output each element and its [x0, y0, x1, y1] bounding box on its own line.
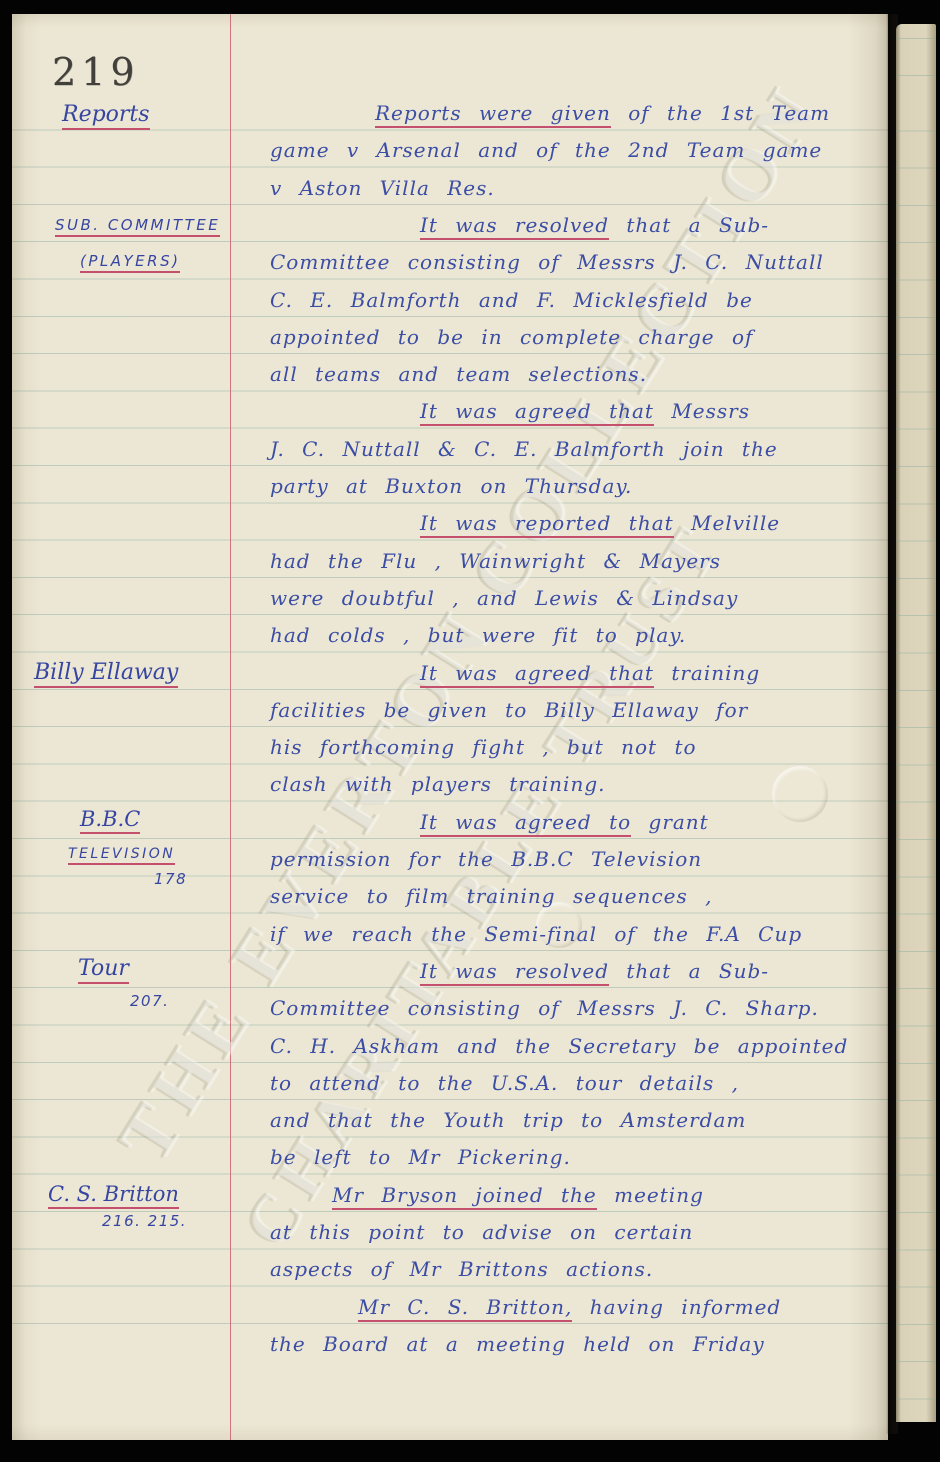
handwritten-line: had the Flu , Wainwright & Mayers — [270, 548, 888, 574]
underlined-phrase: It was resolved — [420, 959, 609, 986]
underlined-phrase: Reports were given — [375, 101, 611, 128]
handwritten-line: game v Arsenal and of the 2nd Team game — [270, 137, 888, 163]
line-text: having informed — [572, 1295, 781, 1319]
handwritten-line: It was resolved that a Sub- — [270, 212, 940, 238]
facing-page-edge — [896, 24, 936, 1422]
handwritten-line: C. E. Balmforth and F. Micklesfield be — [270, 287, 888, 313]
handwritten-line: It was agreed that training — [270, 660, 940, 686]
line-text: had the Flu , Wainwright & Mayers — [270, 549, 721, 573]
handwritten-line: It was agreed that Messrs — [270, 398, 940, 424]
line-text: if we reach the Semi-final of the F.A Cu… — [270, 922, 802, 946]
line-text: permission for the B.B.C Television — [270, 847, 702, 871]
line-text: Committee consisting of Messrs J. C. Nut… — [270, 250, 824, 274]
line-text: at this point to advise on certain — [270, 1220, 693, 1244]
line-text: be left to Mr Pickering. — [270, 1145, 571, 1169]
underlined-phrase: Mr Bryson joined the — [332, 1183, 597, 1210]
line-text: game v Arsenal and of the 2nd Team game — [270, 138, 822, 162]
handwritten-line: party at Buxton on Thursday. — [270, 473, 888, 499]
handwritten-line: to attend to the U.S.A. tour details , — [270, 1070, 888, 1096]
handwritten-line: Mr Bryson joined the meeting — [270, 1182, 940, 1208]
handwritten-line: C. H. Askham and the Secretary be appoin… — [270, 1033, 888, 1059]
underlined-phrase: Mr C. S. Britton, — [358, 1295, 572, 1322]
handwritten-line: the Board at a meeting held on Friday — [270, 1331, 888, 1357]
handwritten-line: It was reported that Melville — [270, 510, 940, 536]
handwritten-line: facilities be given to Billy Ellaway for — [270, 697, 888, 723]
line-text: Committee consisting of Messrs J. C. Sha… — [270, 996, 819, 1020]
line-text: all teams and team selections. — [270, 362, 647, 386]
line-text: Messrs — [654, 399, 750, 423]
handwritten-line: permission for the B.B.C Television — [270, 846, 888, 872]
line-text: that a Sub- — [609, 213, 769, 237]
ledger-page: 219 THE EVERTON COLLECTION CHARITABLE TR… — [12, 14, 888, 1440]
handwritten-line: clash with players training. — [270, 771, 888, 797]
handwritten-line: v Aston Villa Res. — [270, 175, 888, 201]
handwritten-line: It was resolved that a Sub- — [270, 958, 940, 984]
underlined-phrase: It was resolved — [420, 213, 609, 240]
line-text: training — [654, 661, 760, 685]
handwritten-line: J. C. Nuttall & C. E. Balmforth join the — [270, 436, 888, 462]
line-text: J. C. Nuttall & C. E. Balmforth join the — [270, 437, 778, 461]
line-text: clash with players training. — [270, 772, 606, 796]
handwritten-line: if we reach the Semi-final of the F.A Cu… — [270, 921, 888, 947]
line-text: service to film training sequences , — [270, 884, 712, 908]
underlined-phrase: It was agreed that — [420, 399, 654, 426]
handwritten-line: all teams and team selections. — [270, 361, 888, 387]
line-text: facilities be given to Billy Ellaway for — [270, 698, 748, 722]
underlined-phrase: It was reported that — [420, 511, 674, 538]
handwritten-line: be left to Mr Pickering. — [270, 1144, 888, 1170]
line-text: and that the Youth trip to Amsterdam — [270, 1108, 746, 1132]
body-text: Reports were given of the 1st Teamgame v… — [12, 14, 888, 1440]
handwritten-line: Mr C. S. Britton, having informed — [270, 1294, 940, 1320]
line-text: meeting — [597, 1183, 704, 1207]
line-text: of the 1st Team — [611, 101, 830, 125]
handwritten-line: his forthcoming fight , but not to — [270, 734, 888, 760]
line-text: party at Buxton on Thursday. — [270, 474, 632, 498]
line-text: were doubtful , and Lewis & Lindsay — [270, 586, 738, 610]
handwritten-line: Reports were given of the 1st Team — [270, 100, 940, 126]
handwritten-line: at this point to advise on certain — [270, 1219, 888, 1245]
line-text: grant — [631, 810, 709, 834]
line-text: aspects of Mr Brittons actions. — [270, 1257, 653, 1281]
line-text: Melville — [674, 511, 780, 535]
line-text: that a Sub- — [609, 959, 769, 983]
handwritten-line: Committee consisting of Messrs J. C. Nut… — [270, 249, 888, 275]
line-text: C. E. Balmforth and F. Micklesfield be — [270, 288, 753, 312]
line-text: had colds , but were fit to play. — [270, 623, 686, 647]
handwritten-line: service to film training sequences , — [270, 883, 888, 909]
line-text: the Board at a meeting held on Friday — [270, 1332, 765, 1356]
underlined-phrase: It was agreed that — [420, 661, 654, 688]
underlined-phrase: It was agreed to — [420, 810, 631, 837]
handwritten-line: aspects of Mr Brittons actions. — [270, 1256, 888, 1282]
handwritten-line: had colds , but were fit to play. — [270, 622, 888, 648]
line-text: v Aston Villa Res. — [270, 176, 495, 200]
handwritten-line: were doubtful , and Lewis & Lindsay — [270, 585, 888, 611]
line-text: C. H. Askham and the Secretary be appoin… — [270, 1034, 848, 1058]
facing-page-ruled-lines — [896, 24, 936, 1422]
line-text: his forthcoming fight , but not to — [270, 735, 697, 759]
handwritten-line: Committee consisting of Messrs J. C. Sha… — [270, 995, 888, 1021]
handwritten-line: appointed to be in complete charge of — [270, 324, 888, 350]
line-text: to attend to the U.S.A. tour details , — [270, 1071, 739, 1095]
scanned-minute-book-photo: 219 THE EVERTON COLLECTION CHARITABLE TR… — [0, 0, 940, 1462]
line-text: appointed to be in complete charge of — [270, 325, 753, 349]
handwritten-line: and that the Youth trip to Amsterdam — [270, 1107, 888, 1133]
handwritten-line: It was agreed to grant — [270, 809, 940, 835]
